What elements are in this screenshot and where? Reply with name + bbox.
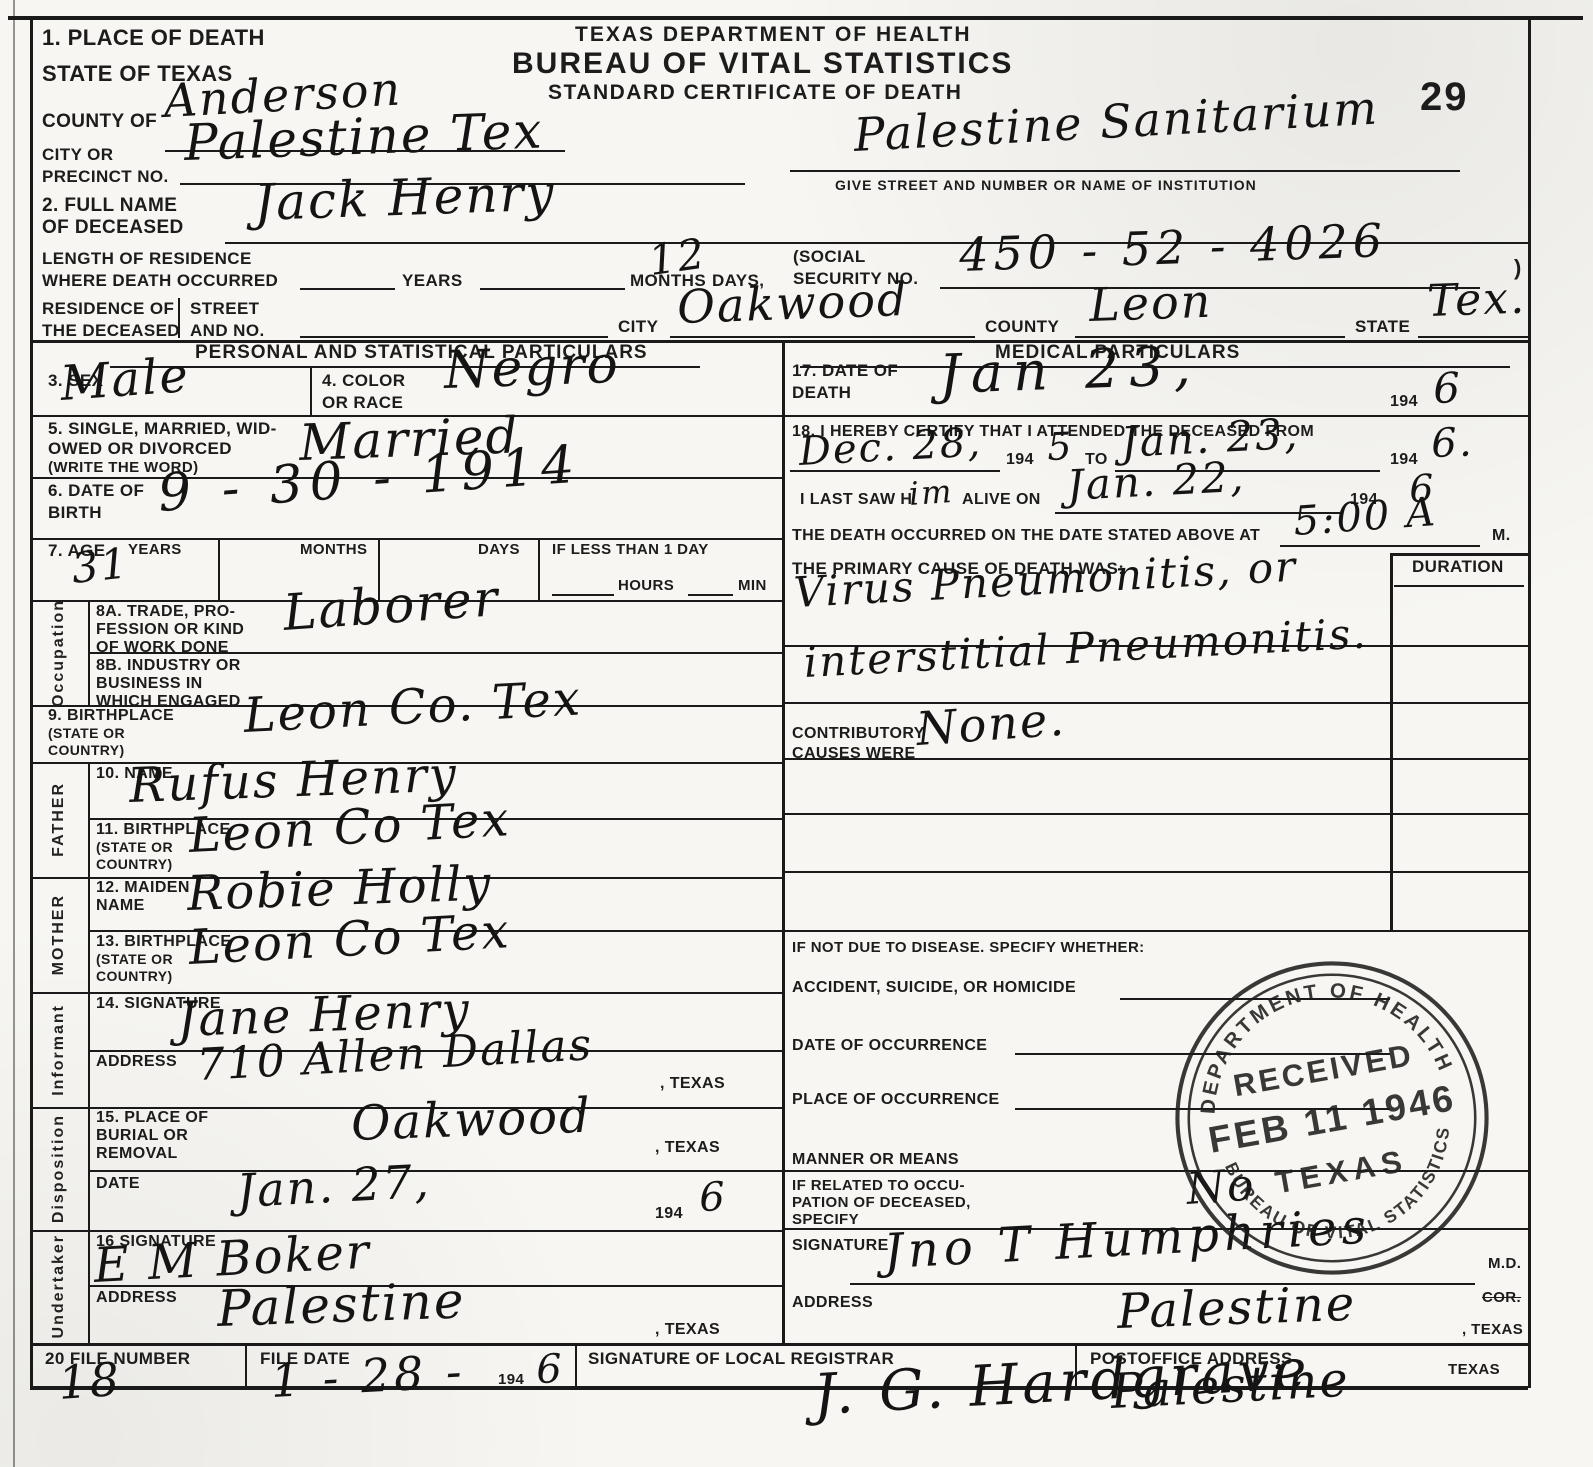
disposition-side-label: Disposition bbox=[50, 1114, 68, 1223]
trade-label-1: 8A. TRADE, PRO- bbox=[96, 604, 235, 621]
contributory-value: None. bbox=[915, 696, 1067, 752]
occurred-label: THE DEATH OCCURRED ON THE DATE STATED AB… bbox=[792, 528, 1260, 545]
trade-label-3: OF WORK DONE bbox=[96, 640, 229, 657]
age-divider-1 bbox=[218, 538, 220, 600]
dob-label-2: BIRTH bbox=[48, 504, 102, 522]
residence-state-label: STATE bbox=[1355, 318, 1410, 336]
birthplace9-label-1: 9. BIRTHPLACE bbox=[48, 708, 174, 725]
birthplace9-label-2: (STATE OR bbox=[48, 726, 125, 741]
race-label-1: 4. COLOR bbox=[322, 372, 406, 390]
mother-bp-value: Leon Co Tex bbox=[187, 907, 511, 972]
registrar-divider-2 bbox=[575, 1343, 577, 1386]
fullname-label-2: OF DECEASED bbox=[42, 218, 184, 238]
lastsaw-label-pre: I LAST SAW H bbox=[800, 492, 912, 509]
blank-row-2 bbox=[785, 871, 1390, 873]
ssn-label-1: (SOCIAL bbox=[793, 248, 866, 266]
occurred-m-label: M. bbox=[1492, 528, 1511, 545]
related-label-1: IF RELATED TO OCCU- bbox=[792, 1178, 965, 1194]
informant-cell-divider bbox=[88, 992, 90, 1107]
to-year-hand: 6. bbox=[1431, 423, 1475, 464]
lastsaw-value: Jan. 22, bbox=[1066, 456, 1246, 507]
birthplace9-label-3: COUNTRY) bbox=[48, 743, 125, 758]
burial-date-value: Jan. 27, bbox=[236, 1158, 432, 1214]
age-less-than-label: IF LESS THAN 1 DAY bbox=[552, 542, 709, 558]
sex-race-divider bbox=[310, 368, 312, 415]
blank-row-1 bbox=[785, 813, 1390, 815]
age-days-label: DAYS bbox=[478, 542, 520, 558]
age-value: 31 bbox=[70, 542, 132, 590]
city-label-1: CITY OR bbox=[42, 146, 113, 164]
institution-caption: GIVE STREET AND NUMBER OR NAME OF INSTIT… bbox=[835, 178, 1257, 193]
dod-label-2: DEATH bbox=[792, 384, 851, 402]
cause-line1: Virus Pneumonitis, or bbox=[793, 546, 1298, 614]
maiden-label-1: 12. MAIDEN bbox=[96, 880, 190, 897]
age-hours-label: HOURS bbox=[618, 578, 674, 594]
age-min-label: MIN bbox=[738, 578, 767, 594]
years-label: YEARS bbox=[402, 272, 463, 290]
dod-label-1: 17. DATE OF bbox=[792, 362, 898, 380]
hours-blank bbox=[552, 594, 614, 596]
undertaker-side-label: Undertaker bbox=[50, 1234, 68, 1338]
residence-divider bbox=[178, 298, 180, 338]
duration-row-2 bbox=[1390, 702, 1528, 704]
contributory-label-2: CAUSES WERE bbox=[792, 746, 916, 763]
ssn-value: 450 - 52 - 4026 bbox=[958, 217, 1387, 278]
residence-deceased-label-2: THE DECEASED bbox=[42, 322, 180, 340]
burial-suffix: , TEXAS bbox=[655, 1140, 720, 1157]
city-label-2: PRECINCT NO. bbox=[42, 168, 169, 186]
row-border-15 bbox=[88, 1170, 782, 1172]
residence-state-value: Tex. bbox=[1426, 277, 1526, 324]
residence-county-label: COUNTY bbox=[985, 318, 1059, 336]
burial-value: Oakwood bbox=[350, 1092, 592, 1148]
place-occurrence-label: PLACE OF OCCURRENCE bbox=[792, 1092, 1000, 1109]
frame-top bbox=[8, 16, 1583, 20]
county-label: COUNTY OF bbox=[42, 112, 157, 132]
institution-underline bbox=[790, 170, 1460, 172]
row-border-date bbox=[30, 1230, 782, 1232]
physician-address-suffix: , TEXAS bbox=[1462, 1322, 1523, 1338]
cause-line2: interstitial Pneumonitis. bbox=[803, 613, 1369, 684]
postoffice-value: Palestine bbox=[1109, 1356, 1350, 1416]
street-label-2: AND NO. bbox=[190, 322, 265, 340]
attended-from-value: Dec. 28, bbox=[798, 422, 983, 472]
undertaker-address-label: ADDRESS bbox=[96, 1290, 177, 1307]
manner-means-label: MANNER OR MEANS bbox=[792, 1152, 959, 1169]
stamp-texas: TEXAS bbox=[1272, 1143, 1410, 1201]
file-date-year-printed: 194 bbox=[498, 1372, 524, 1388]
accident-label: ACCIDENT, SUICIDE, OR HOMICIDE bbox=[792, 980, 1076, 997]
lastsaw-hand-him: im bbox=[908, 475, 955, 510]
burial-date-label: DATE bbox=[96, 1176, 140, 1193]
frame-right bbox=[1528, 16, 1531, 1388]
scan-edge-left bbox=[13, 0, 15, 1467]
residence-county-value: Leon bbox=[1088, 278, 1213, 328]
dod-year-hand: 6 bbox=[1433, 367, 1463, 410]
age-months-label: MONTHS bbox=[300, 542, 367, 558]
fullname-label-1: 2. FULL NAME bbox=[42, 196, 177, 216]
residence-city-value: Oakwood bbox=[676, 276, 909, 330]
burial-date-year-hand: 6 bbox=[699, 1177, 728, 1218]
duration-box-top bbox=[1390, 553, 1528, 556]
maiden-label-2: NAME bbox=[96, 898, 145, 915]
disposition-cell-divider bbox=[88, 1107, 90, 1230]
father-cell-divider bbox=[88, 762, 90, 877]
physician-signature-label: SIGNATURE bbox=[792, 1238, 889, 1255]
postoffice-suffix: TEXAS bbox=[1448, 1362, 1500, 1378]
undertaker-address-value: Palestine bbox=[216, 1275, 466, 1334]
file-date-value: 1 - 28 - bbox=[270, 1348, 467, 1404]
duration-row-5 bbox=[1390, 871, 1528, 873]
place-of-death-label: 1. PLACE OF DEATH bbox=[42, 26, 265, 49]
residence-city-label: CITY bbox=[618, 318, 658, 336]
residence-length-label-2: WHERE DEATH OCCURRED bbox=[42, 272, 278, 290]
father-bp-label-3: COUNTRY) bbox=[96, 857, 173, 872]
cor-label: COR. bbox=[1482, 1290, 1521, 1306]
days-value: 12 bbox=[646, 232, 709, 282]
mother-cell-divider bbox=[88, 877, 90, 992]
lastsaw-label-post: ALIVE ON bbox=[962, 492, 1041, 509]
industry-label-2: BUSINESS IN bbox=[96, 676, 203, 693]
duration-label: DURATION bbox=[1412, 558, 1504, 576]
months-blank bbox=[480, 288, 625, 290]
informant-side-cell: Informant bbox=[32, 992, 86, 1107]
undertaker-address-suffix: , TEXAS bbox=[655, 1322, 720, 1339]
race-value: Negro bbox=[443, 339, 620, 397]
trade-label-2: FESSION OR KIND bbox=[96, 622, 244, 639]
residence-city-underline bbox=[670, 336, 975, 338]
file-date-year-hand: 6 bbox=[536, 1349, 565, 1390]
received-stamp: DEPARTMENT OF HEALTH BUREAU OF VITAL STA… bbox=[1134, 915, 1530, 1321]
marital-label-1: 5. SINGLE, MARRIED, WID- bbox=[48, 420, 277, 438]
dept-title: TEXAS DEPARTMENT OF HEALTH bbox=[575, 24, 972, 46]
age-years-label: YEARS bbox=[128, 542, 182, 558]
sex-value: Male bbox=[59, 351, 192, 408]
occupation-side-label: Occupation bbox=[50, 599, 68, 707]
street-label-1: STREET bbox=[190, 300, 259, 318]
min-blank bbox=[688, 594, 733, 596]
date-occurrence-label: DATE OF OCCURRENCE bbox=[792, 1038, 987, 1055]
industry-label-1: 8B. INDUSTRY OR bbox=[96, 658, 241, 675]
race-label-2: OR RACE bbox=[322, 394, 403, 412]
disposition-side-cell: Disposition bbox=[32, 1107, 86, 1230]
residence-length-label-1: LENGTH OF RESIDENCE bbox=[42, 250, 252, 268]
marital-label-2: OWED OR DIVORCED bbox=[48, 440, 232, 458]
residence-deceased-label-1: RESIDENCE OF bbox=[42, 300, 174, 318]
from-year-printed: 194 bbox=[1006, 452, 1034, 469]
burial-label-1: 15. PLACE OF bbox=[96, 1110, 208, 1127]
registrar-divider-1 bbox=[245, 1343, 247, 1386]
duration-box-left bbox=[1390, 553, 1393, 930]
not-disease-label: IF NOT DUE TO DISEASE. SPECIFY WHETHER: bbox=[792, 940, 1145, 956]
father-bp-value: Leon Co Tex bbox=[187, 795, 511, 860]
birthplace9-value: Leon Co. Tex bbox=[242, 674, 582, 740]
age-divider-3 bbox=[538, 538, 540, 600]
years-blank bbox=[300, 288, 395, 290]
mother-bp-label-3: COUNTRY) bbox=[96, 969, 173, 984]
undertaker-cell-divider bbox=[88, 1230, 90, 1343]
father-bp-label-2: (STATE OR bbox=[96, 840, 173, 855]
dob-label-1: 6. DATE OF bbox=[48, 482, 144, 500]
certificate-number: 29 bbox=[1420, 76, 1469, 118]
file-number-value: 18 bbox=[57, 1356, 123, 1406]
duration-row-3 bbox=[1390, 758, 1528, 760]
center-divider bbox=[782, 340, 785, 1343]
bureau-title: BUREAU OF VITAL STATISTICS bbox=[512, 48, 1013, 80]
trade-value: Laborer bbox=[282, 573, 501, 638]
burial-label-2: BURIAL OR bbox=[96, 1128, 188, 1145]
residence-state-underline bbox=[1418, 336, 1528, 338]
contributory-label-1: CONTRIBUTORY bbox=[792, 726, 925, 743]
fullname-value: Jack Henry bbox=[253, 168, 556, 228]
from-underline bbox=[790, 470, 1000, 472]
mother-bp-label-2: (STATE OR bbox=[96, 952, 173, 967]
related-label-2: PATION OF DECEASED, bbox=[792, 1195, 971, 1211]
duration-underline bbox=[1394, 585, 1524, 587]
row-border-6 bbox=[30, 538, 782, 540]
mother-side-label: MOTHER bbox=[50, 894, 68, 975]
standard-cert-title: STANDARD CERTIFICATE OF DEATH bbox=[548, 82, 962, 104]
dod-year-printed: 194 bbox=[1390, 394, 1418, 411]
dod-value: Jan 23, bbox=[938, 339, 1201, 402]
informant-address-label: ADDRESS bbox=[96, 1054, 177, 1071]
occupation-side-cell: Occupation bbox=[32, 600, 86, 705]
city-value: Palestine Tex bbox=[183, 105, 544, 168]
duration-row-4 bbox=[1390, 813, 1528, 815]
death-certificate: 1. PLACE OF DEATH STATE OF TEXAS TEXAS D… bbox=[0, 0, 1593, 1467]
occurred-underline bbox=[1280, 545, 1480, 547]
cause-underline-2 bbox=[785, 702, 1390, 704]
related-label-3: SPECIFY bbox=[792, 1212, 859, 1228]
burial-date-year-printed: 194 bbox=[655, 1206, 683, 1223]
occupation-cell-divider bbox=[88, 600, 90, 705]
informant-side-label: Informant bbox=[50, 1004, 68, 1096]
father-side-cell: FATHER bbox=[32, 762, 86, 877]
father-side-label: FATHER bbox=[50, 782, 68, 857]
burial-label-3: REMOVAL bbox=[96, 1146, 178, 1163]
physician-address-label: ADDRESS bbox=[792, 1295, 873, 1312]
informant-address-suffix: , TEXAS bbox=[660, 1076, 725, 1093]
mother-side-cell: MOTHER bbox=[32, 877, 86, 992]
duration-row-1 bbox=[1390, 645, 1528, 647]
contributory-underline bbox=[785, 758, 1390, 760]
undertaker-side-cell: Undertaker bbox=[32, 1230, 86, 1343]
occurred-value: 5:00 A bbox=[1292, 492, 1438, 542]
